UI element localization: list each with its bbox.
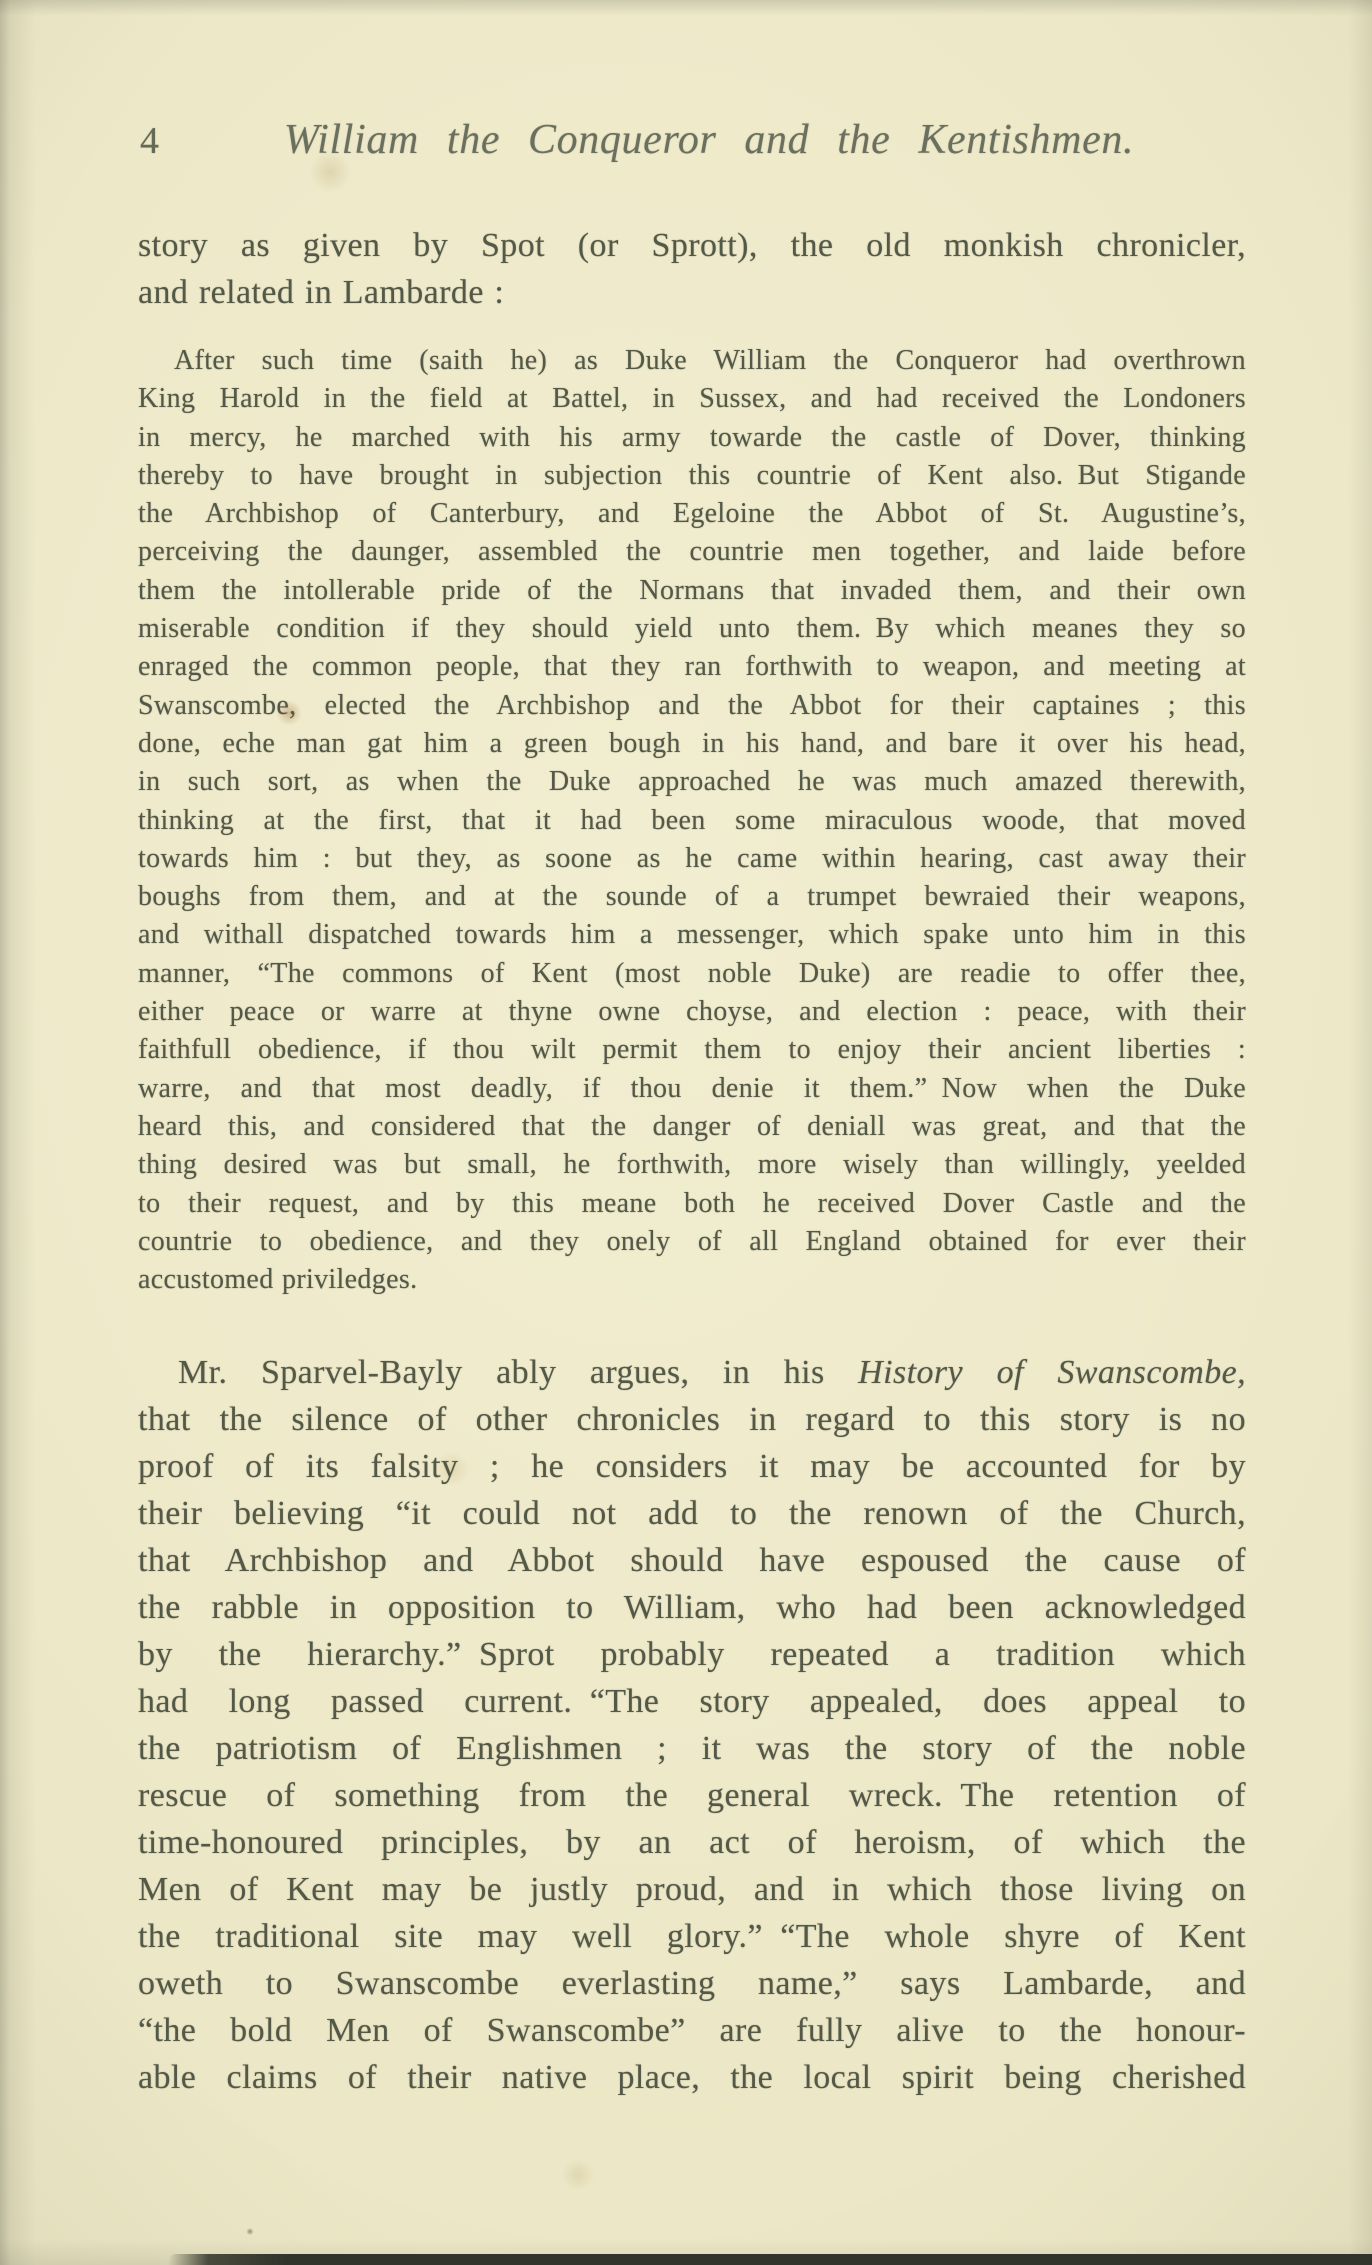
running-header: 4 William the Conqueror and the Kentishm… xyxy=(138,112,1246,168)
text-line: “the bold Men of Swanscombe” are fully a… xyxy=(138,2007,1246,2054)
text-line: Mr. Sparvel-Bayly ably argues, in his Hi… xyxy=(138,1349,1246,1396)
text-line: by the hierarchy.” Sprot probably repeat… xyxy=(138,1631,1246,1678)
text-line: proof of its falsity ; he considers it m… xyxy=(138,1443,1246,1490)
text-line: accustomed priviledges. xyxy=(138,1261,1246,1299)
text-line: done, eche man gat him a green bough in … xyxy=(138,725,1246,763)
text-line: them the intollerable pride of the Norma… xyxy=(138,572,1246,610)
text-line: enraged the common people, that they ran… xyxy=(138,648,1246,686)
text-line: thing desired was but small, he forthwit… xyxy=(138,1146,1246,1184)
text-line: faithfull obedience, if thou wilt permit… xyxy=(138,1031,1246,1069)
scanned-book-page: 4 William the Conqueror and the Kentishm… xyxy=(0,0,1372,2265)
paper-stain xyxy=(560,2160,596,2190)
text-line: story as given by Spot (or Sprott), the … xyxy=(138,222,1246,269)
text-line: had long passed current. “The story appe… xyxy=(138,1678,1246,1725)
text-line: their believing “it could not add to the… xyxy=(138,1490,1246,1537)
text-line: manner, “The commons of Kent (most noble… xyxy=(138,955,1246,993)
page-number: 4 xyxy=(140,122,159,160)
text-line: thereby to have brought in subjection th… xyxy=(138,457,1246,495)
text-line: the patriotism of Englishmen ; it was th… xyxy=(138,1725,1246,1772)
running-title: William the Conqueror and the Kentishmen… xyxy=(138,112,1246,168)
text-line: time-honoured principles, by an act of h… xyxy=(138,1819,1246,1866)
text-line: Men of Kent may be justly proud, and in … xyxy=(138,1866,1246,1913)
text-line: Swanscombe, elected the Archbishop and t… xyxy=(138,687,1246,725)
paragraph-intro: story as given by Spot (or Sprott), the … xyxy=(138,222,1246,316)
paragraph-lambarde-quote: After such time (saith he) as Duke Willi… xyxy=(138,342,1246,1299)
text-line: either peace or warre at thyne owne choy… xyxy=(138,993,1246,1031)
text-line: oweth to Swanscombe everlasting name,” s… xyxy=(138,1960,1246,2007)
text-line: the rabble in opposition to William, who… xyxy=(138,1584,1246,1631)
paper-speck xyxy=(246,2228,254,2235)
text-line: rescue of something from the general wre… xyxy=(138,1772,1246,1819)
text-line: King Harold in the field at Battel, in S… xyxy=(138,380,1246,418)
text-line: in such sort, as when the Duke approache… xyxy=(138,763,1246,801)
text-line: the traditional site may well glory.” “T… xyxy=(138,1913,1246,1960)
text-line: the Archbishop of Canterbury, and Egeloi… xyxy=(138,495,1246,533)
text-line: heard this, and considered that the dang… xyxy=(138,1108,1246,1146)
text-block: story as given by Spot (or Sprott), the … xyxy=(138,222,1246,2101)
text-line: perceiving the daunger, assembled the co… xyxy=(138,533,1246,571)
text-line: in mercy, he marched with his army towar… xyxy=(138,419,1246,457)
paragraph-commentary: Mr. Sparvel-Bayly ably argues, in his Hi… xyxy=(138,1349,1246,2101)
text-line: that the silence of other chronicles in … xyxy=(138,1396,1246,1443)
text-line: that Archbishop and Abbot should have es… xyxy=(138,1537,1246,1584)
text-line: countrie to obedience, and they onely of… xyxy=(138,1223,1246,1261)
text-line: warre, and that most deadly, if thou den… xyxy=(138,1070,1246,1108)
text-line: and withall dispatched towards him a mes… xyxy=(138,916,1246,954)
text-line: towards him : but they, as soone as he c… xyxy=(138,840,1246,878)
text-line: boughs from them, and at the sounde of a… xyxy=(138,878,1246,916)
text-line: After such time (saith he) as Duke Willi… xyxy=(138,342,1246,380)
text-line: to their request, and by this meane both… xyxy=(138,1185,1246,1223)
text-line: miserable condition if they should yield… xyxy=(138,610,1246,648)
text-line: thinking at the first, that it had been … xyxy=(138,802,1246,840)
text-line: and related in Lambarde : xyxy=(138,269,1246,316)
scan-edge-strip xyxy=(168,2254,1372,2265)
text-line: able claims of their native place, the l… xyxy=(138,2054,1246,2101)
